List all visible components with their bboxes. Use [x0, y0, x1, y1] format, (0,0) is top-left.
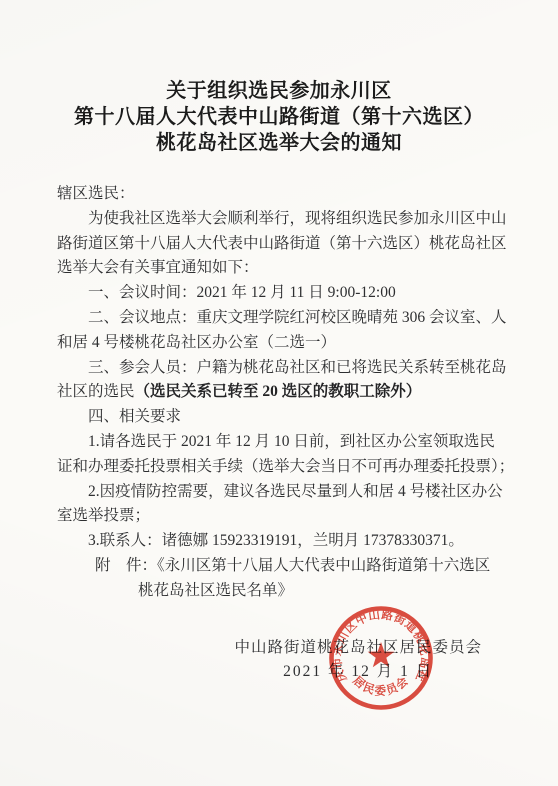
- requirement-2-line-1: 2.因疫情防控需要，建议各选民尽量到人和居 4 号楼社区办公: [57, 480, 513, 505]
- title-line-3: 桃花岛社区选举大会的通知: [0, 130, 558, 156]
- item-meeting-place-line-2: 和居 4 号楼桃花岛社区办公室（二选一）: [57, 331, 513, 356]
- salutation: 辖区选民：: [57, 182, 513, 207]
- scanned-notice-page: 关于组织选民参加永川区 第十八届人大代表中山路街道（第十六选区） 桃花岛社区选举…: [0, 0, 558, 786]
- official-seal: 重庆市永川区中山路街道桃花岛社区 居民委员会: [327, 604, 435, 712]
- requirement-3-contacts: 3.联系人：诸德娜 15923319191，兰明月 17378330371。: [57, 529, 513, 554]
- title-line-1: 关于组织选民参加永川区: [0, 78, 558, 104]
- intro-line-2: 路街道区第十八届人大代表中山路街道（第十六选区）桃花岛社区: [57, 232, 513, 257]
- notice-body: 辖区选民： 为使我社区选举大会顺利举行，现将组织选民参加永川区中山 路街道区第十…: [57, 182, 513, 604]
- intro-line-3: 选举大会有关事宜通知如下：: [57, 256, 513, 281]
- requirement-1-line-1: 1.请各选民于 2021 年 12 月 10 日前，到社区办公室领取选民: [57, 430, 513, 455]
- item-meeting-place-line-1: 二、会议地点：重庆文理学院红河校区晚晴苑 306 会议室、人: [57, 306, 513, 331]
- seal-star-icon: [368, 642, 395, 667]
- title-line-2: 第十八届人大代表中山路街道（第十六选区）: [0, 104, 558, 130]
- requirement-2-line-2: 室选举投票；: [57, 504, 513, 529]
- item-requirements-heading: 四、相关要求: [57, 405, 513, 430]
- attachment-line-2: 桃花岛社区选民名单》: [57, 579, 513, 604]
- requirement-1-line-2: 证和办理委托投票相关手续（选举大会当日不可再办理委托投票）；: [57, 455, 513, 480]
- item-attendees-line-1: 三、参会人员：户籍为桃花岛社区和已将选民关系转至桃花岛: [57, 356, 513, 381]
- attendees-bold-note: （选民关系已转至 20 选区的教职工除外）: [135, 383, 422, 400]
- seal-bottom-text: 居民委员会: [350, 673, 411, 698]
- item-attendees-line-2: 社区的选民（选民关系已转至 20 选区的教职工除外）: [57, 380, 513, 405]
- attachment-line-1: 附 件：《永川区第十八届人大代表中山路街道第十六选区: [57, 554, 513, 579]
- seal-arc-text: 重庆市永川区中山路街道桃花岛社区: [327, 604, 432, 684]
- notice-title: 关于组织选民参加永川区 第十八届人大代表中山路街道（第十六选区） 桃花岛社区选举…: [0, 78, 558, 156]
- intro-line-1: 为使我社区选举大会顺利举行，现将组织选民参加永川区中山: [57, 207, 513, 232]
- item-meeting-time: 一、会议时间：2021 年 12 月 11 日 9:00-12:00: [57, 281, 513, 306]
- attendees-regular-text: 社区的选民: [57, 383, 135, 400]
